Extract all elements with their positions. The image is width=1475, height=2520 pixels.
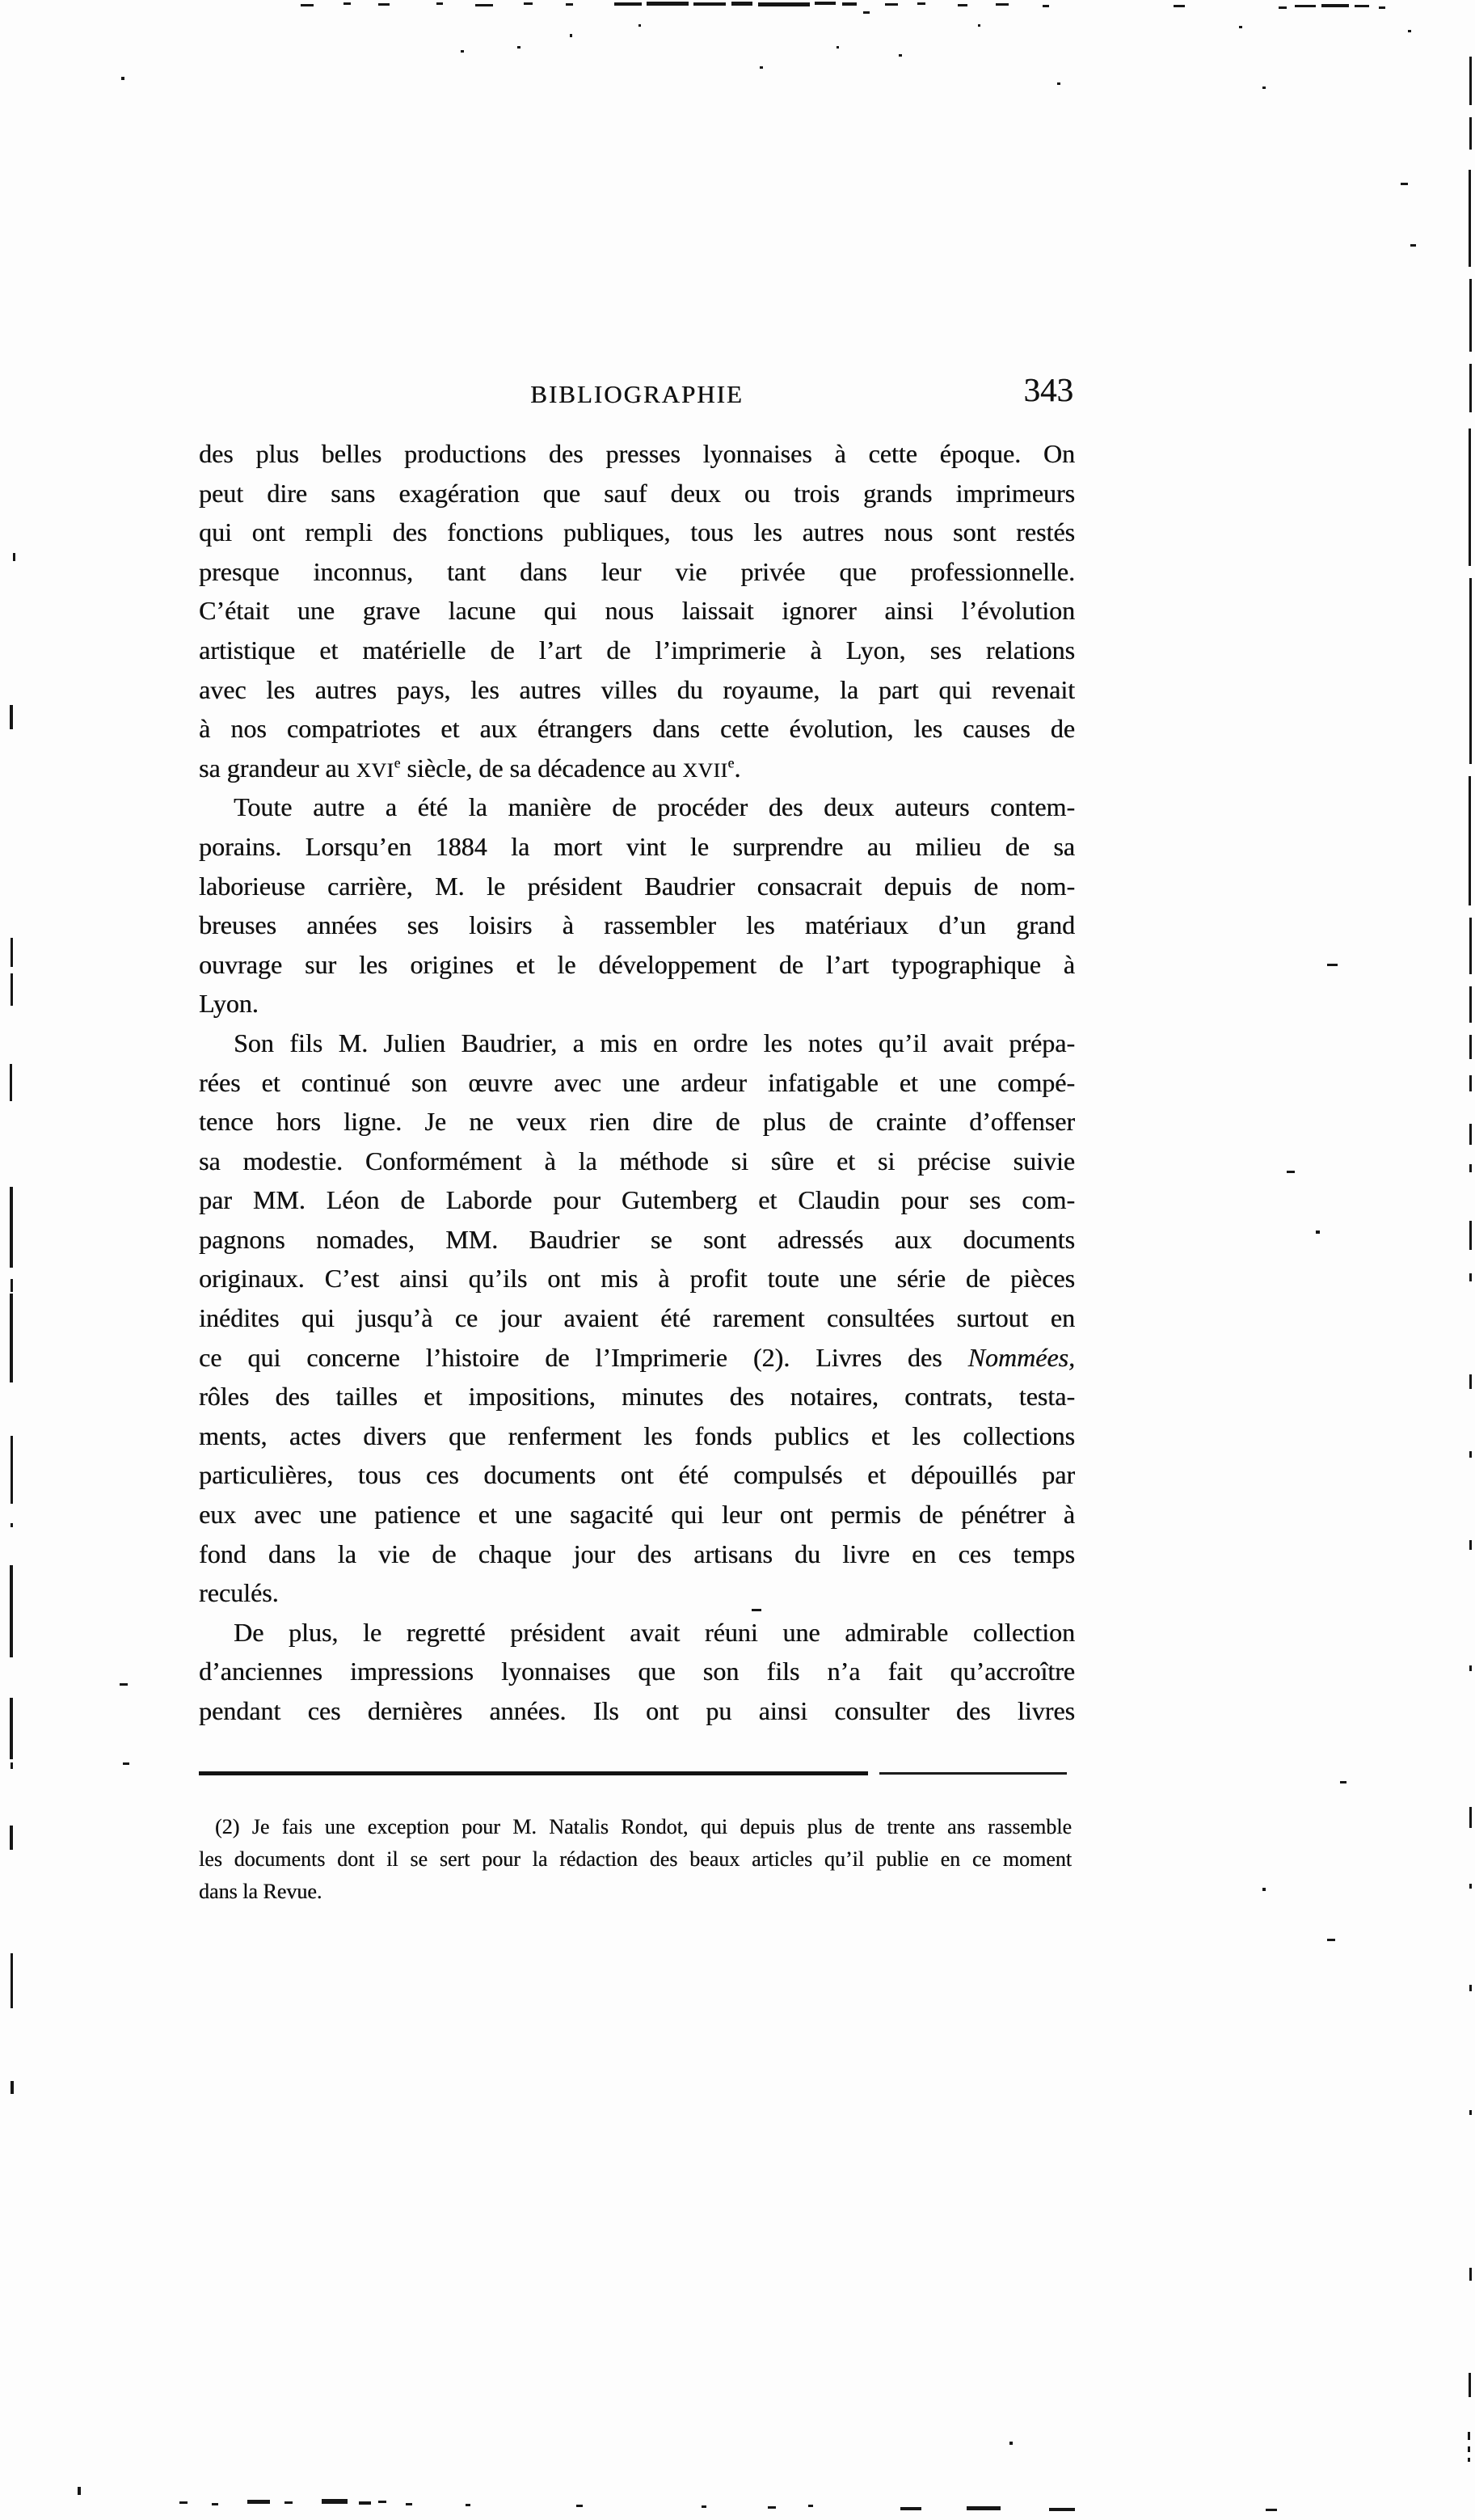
ink-speck: [466, 2504, 470, 2506]
text-run: inédites qui jusqu’à ce jour avaient été…: [199, 1303, 1075, 1332]
text-run: XVI: [356, 758, 394, 782]
text-run: eux avec une patience et une sagacité qu…: [199, 1500, 1075, 1529]
text-line: des plus belles productions des presses …: [199, 434, 1075, 474]
ink-speck: [461, 50, 464, 53]
text-run: par MM. Léon de Laborde pour Gutemberg e…: [199, 1185, 1075, 1214]
text-run: pendant ces dernières années. Ils ont pu…: [199, 1696, 1075, 1725]
text-line: qui ont rempli des fonctions publiques, …: [199, 513, 1075, 552]
ink-speck: [1469, 1884, 1472, 1889]
ink-speck: [1327, 964, 1338, 966]
ink-speck: [212, 2503, 218, 2505]
body-text: des plus belles productions des presses …: [199, 434, 1075, 1731]
ink-speck: [885, 3, 898, 6]
text-line: avec les autres pays, les autres villes …: [199, 670, 1075, 710]
ink-speck: [1469, 1665, 1472, 1671]
ink-speck: [900, 2507, 921, 2510]
ink-speck: [1469, 57, 1472, 105]
running-header-title: BIBLIOGRAPHIE: [199, 380, 1075, 409]
ink-speck: [731, 2, 752, 6]
text-run: porains. Lorsqu’en 1884 la mort vint le …: [199, 832, 1075, 861]
ink-speck: [1327, 1939, 1335, 1941]
ink-speck: [1468, 2446, 1470, 2452]
text-line: pendant ces dernières années. Ils ont pu…: [199, 1691, 1075, 1731]
text-run: reculés.: [199, 1578, 279, 1607]
paragraph: (2) Je fais une exception pour M. Natali…: [199, 1811, 1072, 1908]
text-run: fond dans la vie de chaque jour des arti…: [199, 1539, 1075, 1568]
text-line: Toute autre a été la manière de procéder…: [199, 787, 1075, 827]
ink-speck: [1410, 244, 1416, 247]
ink-speck: [10, 1565, 13, 1657]
text-run: ouvrage sur les origines et le développe…: [199, 950, 1075, 979]
text-run: artistique et matérielle de l’art de l’i…: [199, 635, 1075, 665]
text-run: .: [734, 753, 740, 783]
text-line: laborieuse carrière, M. le président Bau…: [199, 867, 1075, 906]
text-line: d’anciennes impressions lyonnaises que s…: [199, 1652, 1075, 1691]
text-line: à nos compatriotes et aux étrangers dans…: [199, 709, 1075, 749]
ink-speck: [1469, 986, 1472, 1023]
text-line: rôles des tailles et impositions, minute…: [199, 1377, 1075, 1416]
ink-speck: [1287, 1171, 1295, 1173]
ink-speck: [123, 1762, 129, 1765]
text-run: tence hors ligne. Je ne veux rien dire d…: [199, 1107, 1075, 1136]
text-line: ments, actes divers que renferment les f…: [199, 1416, 1075, 1456]
ink-speck: [693, 2, 726, 6]
text-line: peut dire sans exagération que sauf deux…: [199, 474, 1075, 513]
text-run: avec les autres pays, les autres villes …: [199, 675, 1075, 704]
text-run: dans la Revue.: [199, 1880, 322, 1903]
ink-speck: [10, 1187, 13, 1268]
ink-speck: [11, 1523, 13, 1527]
text-run: Son fils M. Julien Baudrier, a mis en or…: [234, 1028, 1075, 1057]
ink-speck: [842, 2, 857, 6]
text-line: dans la Revue.: [199, 1876, 1072, 1908]
ink-speck: [436, 2, 443, 5]
text-run: ce qui concerne l’histoire de l’Imprimer…: [199, 1343, 968, 1372]
text-line: presque inconnus, tant dans leur vie pri…: [199, 552, 1075, 592]
ink-speck: [1049, 2508, 1075, 2511]
scanned-book-page: BIBLIOGRAPHIE 343 des plus belles produc…: [0, 0, 1475, 2520]
ink-speck: [1401, 183, 1408, 185]
ink-speck: [1316, 1230, 1320, 1234]
ink-speck: [815, 2, 836, 5]
text-run: les documents dont il se sert pour la ré…: [199, 1847, 1072, 1871]
text-run: Toute autre a été la manière de procéder…: [234, 792, 1075, 821]
ink-speck: [301, 4, 314, 6]
text-line: particulières, tous ces documents ont ét…: [199, 1455, 1075, 1495]
footnote-rule: [199, 1771, 868, 1775]
text-line: eux avec une patience et une sagacité qu…: [199, 1495, 1075, 1534]
text-line: originaux. C’est ainsi qu’ils ont mis à …: [199, 1259, 1075, 1298]
ink-speck: [917, 2, 925, 5]
text-run: siècle, de sa décadence au: [400, 753, 682, 783]
ink-speck: [1262, 1888, 1266, 1891]
ink-speck: [958, 4, 967, 6]
ink-speck: [120, 1683, 128, 1686]
text-line: par MM. Léon de Laborde pour Gutemberg e…: [199, 1180, 1075, 1220]
text-run: Lyon.: [199, 989, 259, 1018]
page-number: 343: [1024, 370, 1074, 409]
ink-speck: [899, 54, 902, 57]
ink-speck: [1469, 1807, 1472, 1828]
ink-speck: [11, 1279, 13, 1292]
text-run: d’anciennes impressions lyonnaises que s…: [199, 1657, 1075, 1686]
footnote: (2) Je fais une exception pour M. Natali…: [199, 1811, 1072, 1908]
ink-speck: [768, 2506, 776, 2509]
ink-speck: [1469, 776, 1471, 905]
ink-speck: [11, 2081, 14, 2094]
text-line: ce qui concerne l’histoire de l’Imprimer…: [199, 1338, 1075, 1378]
ink-speck: [647, 2, 689, 6]
ink-speck: [808, 2505, 813, 2507]
text-line: sa grandeur au XVIe siècle, de sa décade…: [199, 749, 1075, 788]
ink-speck: [517, 46, 520, 49]
ink-speck: [1469, 1540, 1472, 1550]
ink-speck: [247, 2500, 270, 2504]
ink-speck: [863, 11, 870, 14]
ink-speck: [702, 2505, 706, 2508]
ink-speck: [1469, 279, 1472, 352]
text-run: rées et continué son œuvre avec une arde…: [199, 1068, 1075, 1097]
ink-speck: [1408, 30, 1411, 32]
ink-speck: [524, 2, 533, 5]
ink-speck: [837, 46, 839, 49]
text-run: rôles des tailles et impositions, minute…: [199, 1382, 1075, 1411]
text-line: De plus, le regretté président avait réu…: [199, 1613, 1075, 1653]
ink-speck: [10, 1826, 13, 1850]
ink-speck: [576, 2505, 583, 2507]
text-line: les documents dont il se sert pour la ré…: [199, 1843, 1072, 1876]
ink-speck: [760, 66, 763, 69]
ink-speck: [1469, 1374, 1472, 1389]
ink-speck: [1469, 428, 1471, 566]
text-line: porains. Lorsqu’en 1884 la mort vint le …: [199, 827, 1075, 867]
footnote-rule-tail: [879, 1772, 1067, 1775]
text-line: sa modestie. Conformément à la méthode s…: [199, 1142, 1075, 1181]
ink-speck: [566, 3, 573, 6]
text-run: presque inconnus, tant dans leur vie pri…: [199, 557, 1075, 586]
ink-speck: [78, 2487, 81, 2495]
ink-speck: [378, 2501, 386, 2503]
ink-speck: [284, 2501, 293, 2504]
ink-speck: [752, 1609, 761, 1611]
text-line: rées et continué son œuvre avec une arde…: [199, 1063, 1075, 1103]
ink-speck: [1468, 2432, 1470, 2440]
ink-speck: [11, 938, 13, 967]
ink-speck: [638, 24, 641, 27]
paragraph: des plus belles productions des presses …: [199, 434, 1075, 787]
ink-speck: [10, 1064, 12, 1101]
ink-speck: [1469, 2110, 1472, 2115]
ink-speck: [1468, 2458, 1470, 2462]
ink-speck: [1355, 5, 1369, 7]
text-line: inédites qui jusqu’à ce jour avaient été…: [199, 1298, 1075, 1338]
ink-speck: [1321, 4, 1349, 7]
ink-speck: [1262, 87, 1266, 89]
ink-speck: [1279, 6, 1287, 9]
ink-speck: [1295, 5, 1316, 7]
text-run: sa grandeur au: [199, 753, 356, 783]
ink-speck: [978, 24, 980, 27]
ink-speck: [1469, 1164, 1472, 1172]
text-run: ments, actes divers que renferment les f…: [199, 1421, 1075, 1450]
text-line: tence hors ligne. Je ne veux rien dire d…: [199, 1102, 1075, 1142]
ink-speck: [475, 4, 493, 6]
text-run: pagnons nomades, MM. Baudrier se sont ad…: [199, 1225, 1075, 1254]
ink-speck: [1057, 82, 1060, 85]
ink-speck: [10, 1698, 13, 1759]
text-run: sa modestie. Conformément à la méthode s…: [199, 1146, 1075, 1176]
ink-speck: [359, 2501, 371, 2505]
ink-speck: [10, 705, 13, 729]
ink-speck: [1469, 1124, 1472, 1145]
ink-speck: [1009, 2442, 1013, 2445]
text-run: C’était une grave lacune qui nous laissa…: [199, 596, 1075, 625]
running-header: BIBLIOGRAPHIE 343: [199, 374, 1075, 422]
ink-speck: [1469, 2373, 1471, 2397]
ink-speck: [1469, 918, 1472, 974]
ink-speck: [1469, 117, 1472, 150]
text-line: ouvrage sur les origines et le développe…: [199, 945, 1075, 985]
ink-speck: [378, 3, 390, 6]
ink-speck: [1469, 170, 1471, 267]
text-run: originaux. C’est ainsi qu’ils ont mis à …: [199, 1264, 1075, 1293]
text-run: (2) Je fais une exception pour M. Natali…: [215, 1815, 1072, 1838]
paragraph: Toute autre a été la manière de procéder…: [199, 787, 1075, 1024]
ink-speck: [1469, 1451, 1472, 1458]
text-line: artistique et matérielle de l’art de l’i…: [199, 631, 1075, 670]
text-line: Lyon.: [199, 984, 1075, 1024]
ink-speck: [1469, 1035, 1472, 1059]
ink-speck: [322, 2499, 348, 2504]
text-line: breuses années ses loisirs à rassembler …: [199, 905, 1075, 945]
ink-speck: [1266, 2509, 1277, 2511]
paragraph: De plus, le regretté président avait réu…: [199, 1613, 1075, 1731]
ink-speck: [406, 2503, 412, 2505]
ink-speck: [121, 77, 124, 80]
text-line: C’était une grave lacune qui nous laissa…: [199, 591, 1075, 631]
text-line: (2) Je fais une exception pour M. Natali…: [199, 1811, 1072, 1843]
ink-speck: [11, 1436, 13, 1504]
ink-speck: [570, 34, 572, 37]
ink-speck: [343, 2, 351, 5]
ink-speck: [1469, 1221, 1472, 1250]
ink-speck: [13, 553, 15, 561]
ink-speck: [11, 1762, 13, 1769]
ink-speck: [1239, 26, 1242, 28]
text-line: fond dans la vie de chaque jour des arti…: [199, 1534, 1075, 1574]
ink-speck: [1469, 364, 1472, 412]
text-run: des plus belles productions des presses …: [199, 439, 1075, 468]
ink-speck: [1174, 5, 1185, 7]
ink-speck: [1469, 2268, 1472, 2281]
ink-speck: [1469, 1985, 1472, 1991]
text-line: reculés.: [199, 1573, 1075, 1613]
text-run: Nommées,: [968, 1343, 1075, 1372]
text-run: qui ont rempli des fonctions publiques, …: [199, 517, 1075, 547]
ink-speck: [179, 2501, 188, 2504]
ink-speck: [1043, 5, 1049, 7]
text-line: Son fils M. Julien Baudrier, a mis en or…: [199, 1024, 1075, 1063]
ink-speck: [996, 3, 1009, 6]
text-run: De plus, le regretté président avait réu…: [234, 1618, 1075, 1647]
paragraph: Son fils M. Julien Baudrier, a mis en or…: [199, 1024, 1075, 1613]
ink-speck: [1469, 578, 1472, 764]
text-run: laborieuse carrière, M. le président Bau…: [199, 872, 1075, 901]
text-run: breuses années ses loisirs à rassembler …: [199, 910, 1075, 939]
ink-speck: [1379, 6, 1385, 9]
text-run: particulières, tous ces documents ont ét…: [199, 1460, 1075, 1489]
text-run: XVII: [683, 758, 728, 782]
ink-speck: [1469, 1273, 1472, 1281]
ink-speck: [11, 973, 13, 1006]
ink-speck: [967, 2506, 1001, 2510]
ink-speck: [614, 2, 642, 6]
ink-speck: [1340, 1781, 1346, 1783]
ink-speck: [1469, 1075, 1472, 1091]
ink-speck: [758, 2, 810, 6]
ink-speck: [10, 1294, 13, 1382]
text-line: pagnons nomades, MM. Baudrier se sont ad…: [199, 1220, 1075, 1260]
text-run: peut dire sans exagération que sauf deux…: [199, 479, 1075, 508]
ink-speck: [11, 1953, 13, 2008]
text-run: à nos compatriotes et aux étrangers dans…: [199, 714, 1075, 743]
